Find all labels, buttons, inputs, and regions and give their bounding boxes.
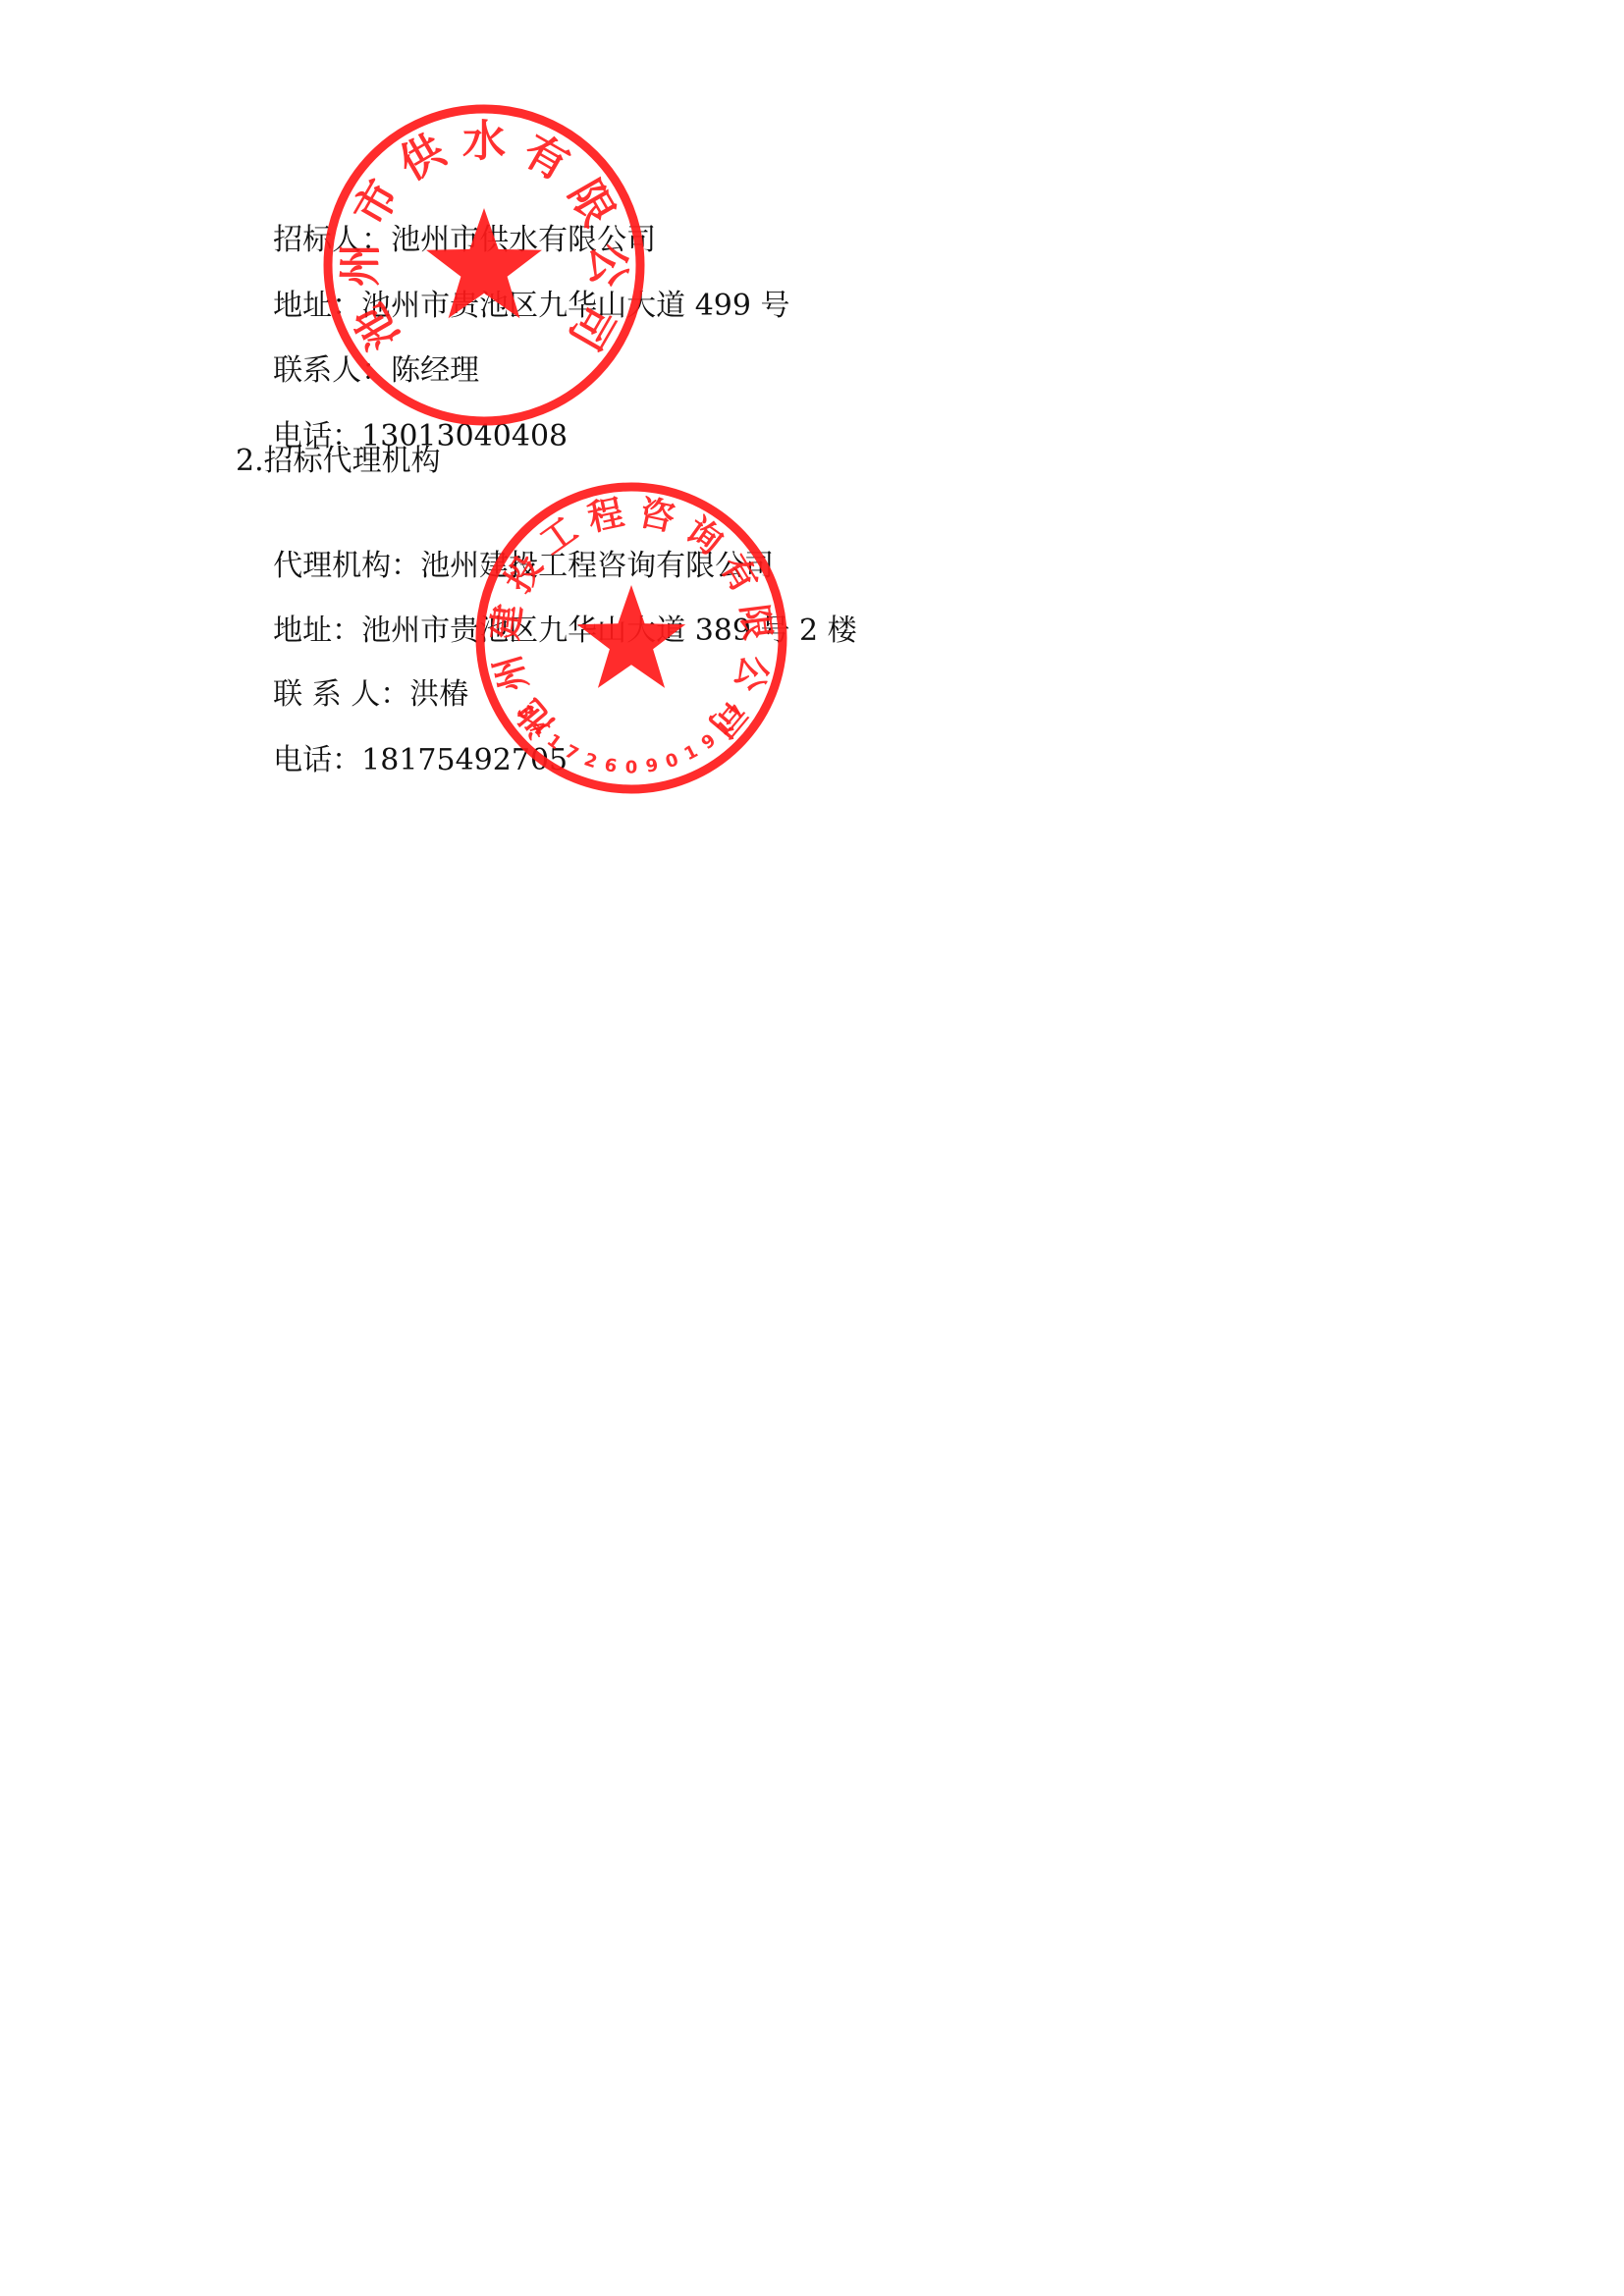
document-page: 招标人：池州市供水有限公司 地址：池州市贵池区九华山大道 499 号 联系人：陈… bbox=[0, 0, 1624, 2296]
svg-text:0: 0 bbox=[625, 758, 638, 778]
svg-text:水: 水 bbox=[462, 117, 506, 167]
svg-text:7: 7 bbox=[726, 702, 749, 723]
svg-text:9: 9 bbox=[644, 755, 660, 777]
svg-text:1: 1 bbox=[681, 741, 702, 765]
agency-heading: 2.招标代理机构 bbox=[236, 442, 441, 481]
svg-text:6: 6 bbox=[603, 755, 619, 777]
agency-phone: 18175492705 bbox=[361, 743, 568, 777]
svg-text:司: 司 bbox=[700, 692, 754, 745]
svg-text:2: 2 bbox=[581, 749, 600, 773]
svg-text:供: 供 bbox=[391, 125, 454, 190]
agency-phone-line: 电话：18175492705 bbox=[236, 702, 568, 820]
svg-text:1: 1 bbox=[713, 717, 736, 740]
svg-text:0: 0 bbox=[663, 749, 681, 773]
svg-text:9: 9 bbox=[698, 730, 721, 754]
agency-phone-label: 电话： bbox=[273, 743, 361, 777]
